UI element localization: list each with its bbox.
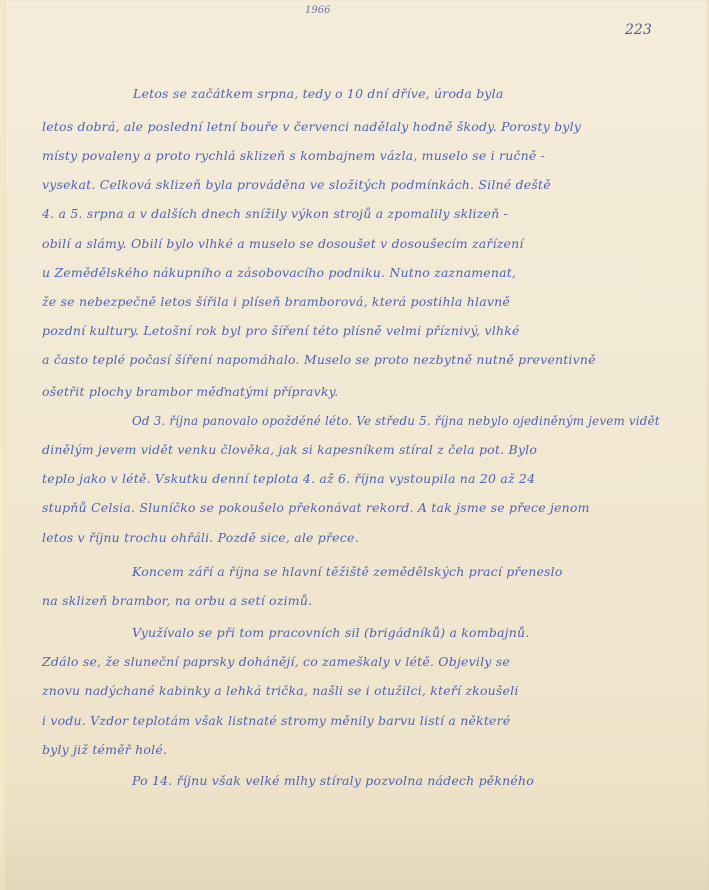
text-line: a často teplé počasí šíření napomáhalo. … bbox=[42, 352, 596, 367]
year-heading: 1966 bbox=[305, 5, 330, 16]
text-line: letos dobrá, ale poslední letní bouře v … bbox=[42, 119, 581, 134]
text-line: teplo jako v létě. Vskutku denní teplota… bbox=[42, 471, 535, 486]
text-line: Koncem září a října se hlavní těžiště ze… bbox=[132, 564, 563, 579]
text-line: Letos se začátkem srpna, tedy o 10 dní d… bbox=[133, 86, 504, 101]
text-line: dinělým jevem vidět venku člověka, jak s… bbox=[42, 442, 537, 457]
text-line: ošetřit plochy brambor měďnatými příprav… bbox=[42, 384, 338, 399]
text-line: 4. a 5. srpna a v dalších dnech snížily … bbox=[42, 206, 508, 221]
text-line: znovu nadýchané kabinky a lehká trička, … bbox=[42, 683, 519, 698]
chronicle-page: 1966 223 Letos se začátkem srpna, tedy o… bbox=[0, 0, 709, 890]
page-edge bbox=[0, 0, 6, 890]
text-line: na sklizeň brambor, na orbu a setí ozimů… bbox=[42, 593, 312, 608]
text-line: Od 3. října panovalo opožděné léto. Ve s… bbox=[132, 413, 660, 428]
text-line: vysekat. Celková sklizeň byla prováděna … bbox=[42, 177, 551, 192]
text-line: Zdálo se, že sluneční paprsky dohánějí, … bbox=[42, 654, 510, 669]
text-line: místy povaleny a proto rychlá sklizeň s … bbox=[42, 148, 545, 163]
text-line: i vodu. Vzdor teplotám však listnaté str… bbox=[42, 713, 510, 728]
text-line: stupňů Celsia. Sluníčko se pokoušelo pře… bbox=[42, 500, 590, 515]
text-line: Využívalo se při tom pracovních sil (bri… bbox=[132, 625, 529, 640]
text-line: letos v říjnu trochu ohřáli. Pozdě sice,… bbox=[42, 530, 359, 545]
text-line: pozdní kultury. Letošní rok byl pro šíře… bbox=[42, 323, 520, 338]
page-number: 223 bbox=[625, 22, 652, 38]
text-line: byly již téměř holé. bbox=[42, 742, 167, 757]
text-line: obilí a slámy. Obilí bylo vlhké a muselo… bbox=[42, 236, 524, 251]
text-line: u Zemědělského nákupního a zásobovacího … bbox=[42, 265, 516, 280]
text-line: že se nebezpečně letos šířila i plíseň b… bbox=[42, 294, 510, 309]
page-shadow bbox=[0, 800, 709, 890]
text-line: Po 14. říjnu však velké mlhy stíraly poz… bbox=[132, 773, 534, 788]
